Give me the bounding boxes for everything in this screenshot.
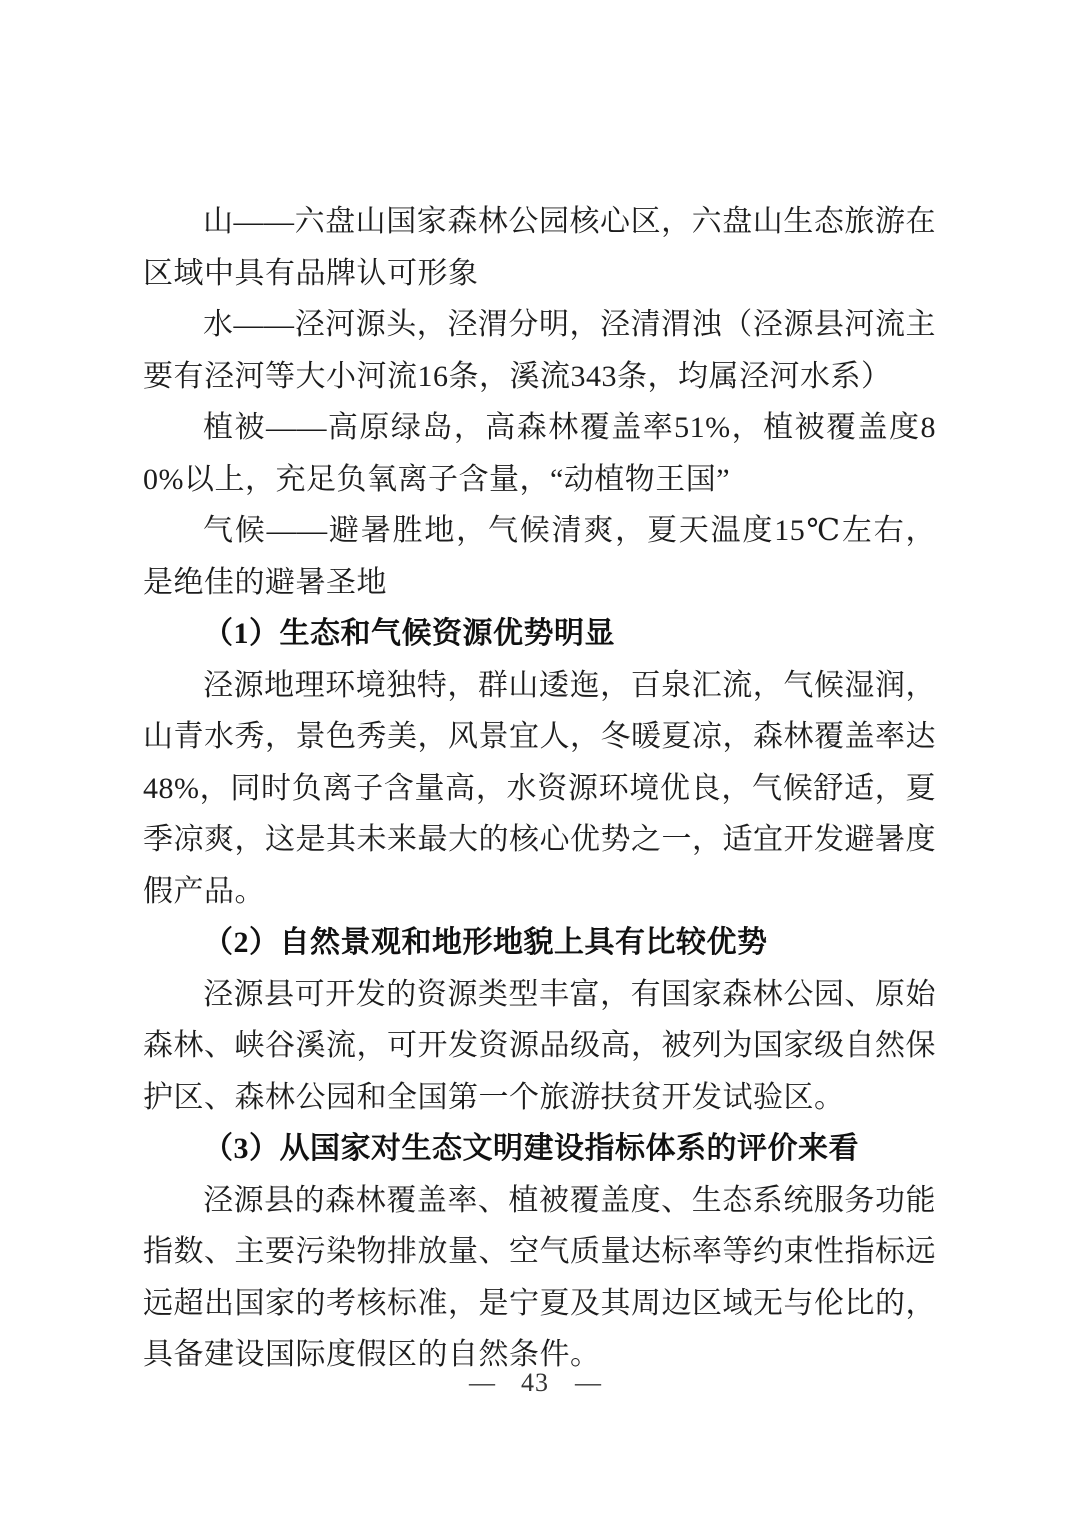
section-heading: （2）自然景观和地形地貌上具有比较优势 xyxy=(143,917,936,969)
section-heading: （3）从国家对生态文明建设指标体系的评价来看 xyxy=(143,1123,936,1175)
body-paragraph: 水——泾河源头，泾渭分明，泾清渭浊（泾源县河流主要有泾河等大小河流16条，溪流3… xyxy=(143,299,936,402)
body-paragraph: 气候——避暑胜地，气候清爽，夏天温度15℃左右，是绝佳的避暑圣地 xyxy=(143,505,936,608)
footer-right-dash: — xyxy=(575,1368,601,1398)
body-paragraph: 山——六盘山国家森林公园核心区，六盘山生态旅游在区域中具有品牌认可形象 xyxy=(143,196,936,299)
footer-left-dash: — xyxy=(469,1368,495,1398)
body-paragraph: 植被——高原绿岛，高森林覆盖率51%，植被覆盖度80%以上，充足负氧离子含量，“… xyxy=(143,402,936,505)
page-footer: —43— xyxy=(0,1368,1070,1398)
page-number: 43 xyxy=(521,1368,549,1398)
document-page: 山——六盘山国家森林公园核心区，六盘山生态旅游在区域中具有品牌认可形象水——泾河… xyxy=(0,0,1070,1515)
document-body: 山——六盘山国家森林公园核心区，六盘山生态旅游在区域中具有品牌认可形象水——泾河… xyxy=(143,196,936,1381)
body-paragraph: 泾源地理环境独特，群山逶迤，百泉汇流，气候湿润，山青水秀，景色秀美，风景宜人，冬… xyxy=(143,660,936,918)
body-paragraph: 泾源县可开发的资源类型丰富，有国家森林公园、原始森林、峡谷溪流，可开发资源品级高… xyxy=(143,969,936,1124)
section-heading: （1）生态和气候资源优势明显 xyxy=(143,608,936,660)
body-paragraph: 泾源县的森林覆盖率、植被覆盖度、生态系统服务功能指数、主要污染物排放量、空气质量… xyxy=(143,1175,936,1381)
